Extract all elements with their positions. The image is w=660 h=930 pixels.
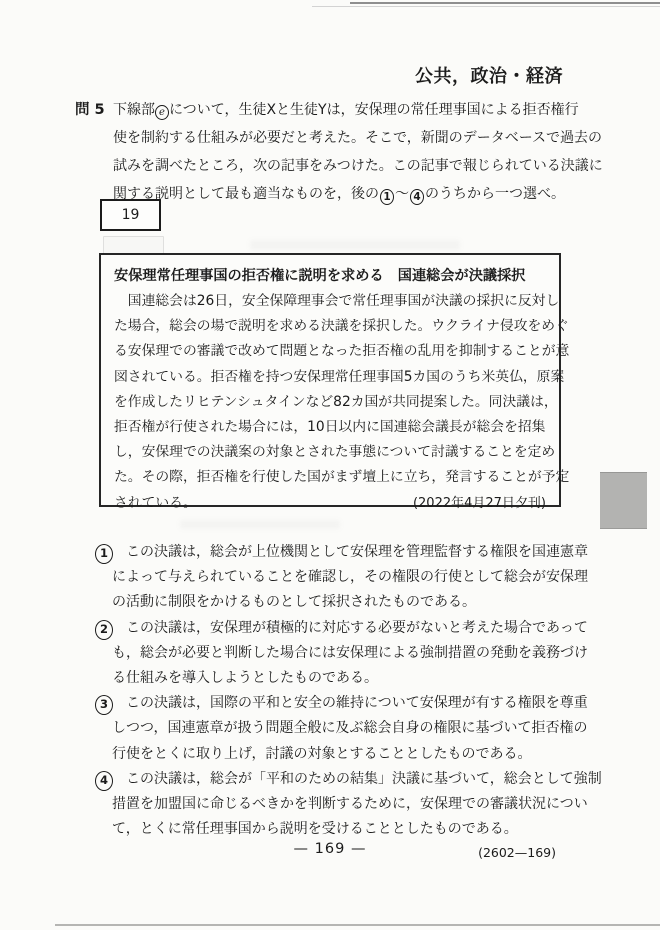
option-2: 2 この決議は，安保理が積極的に対応する必要がないと考えた場合であって も，総会… [97,616,637,692]
option-3-circled-number: 3 [95,695,113,715]
footer-page-number: — 169 — [0,841,660,857]
option-4-line: て，とくに常任理事国から説明を受けることとしたものである。 [112,817,637,842]
circled-number-1-icon: 1 [380,189,394,205]
option-4-line: この決議は，総会が「平和のための結集」決議に基づいて，総会として強制 [112,767,637,792]
option-1-circled-number: 1 [95,544,113,564]
option-1-line: この決議は，総会が上位機関として安保理を管理監督する権限を国連憲章 [112,540,637,565]
scan-edge-line-top [350,2,660,4]
answer-options: 1 この決議は，総会が上位機関として安保理を管理監督する権限を国連憲章 によって… [97,540,637,842]
subject-header: 公共，政治・経済 [415,62,563,88]
scan-edge-line-top-faint [312,6,660,7]
article-line: た場合，総会の場で説明を求める決議を採択した。ウクライナ侵攻をめぐ [114,314,546,339]
answer-number-box: 19 [100,199,161,231]
article-line: を作成したリヒテンシュタインなど82カ国が共同提案した。同決議は， [114,390,546,415]
option-1-line: によって与えられていることを確認し，その権限の行使として総会が安保理 [112,565,637,590]
question-line-1: 下線部eについて，生徒Xと生徒Yは，安保理の常任理事国による拒否権行 [113,96,615,124]
article-headline: 安保理常任理事国の拒否権に説明を求める 国連総会が決議採択 [114,264,546,289]
option-3-line: この決議は，国際の平和と安全の維持について安保理が有する権限を尊重 [112,691,637,716]
showthrough-smudge [180,520,340,529]
option-1-line: の活動に制限をかけるものとして採択されたものである。 [112,590,637,615]
newspaper-article-box: 安保理常任理事国の拒否権に説明を求める 国連総会が決議採択 国連総会は26日，安… [99,253,561,507]
answer-number: 19 [122,207,140,223]
article-line: た。その際，拒否権を行使した国がまず壇上に立ち，発言することが予定 [114,465,546,490]
question-line-2: 使を制約する仕組みが必要だと考えた。そこで，新聞のデータベースで過去の [113,124,615,152]
option-4-line: 措置を加盟国に命じるべきかを判断するために，安保理での審議状況につい [112,792,637,817]
article-line: る安保理での審議で改めて問題となった拒否権の乱用を抑制することが意 [114,339,546,364]
article-line: し，安保理での決議案の対象とされた事態について討議することを定め [114,440,546,465]
option-2-circled-number: 2 [95,620,113,640]
showthrough-smudge [250,240,460,250]
question-text: 下線部eについて，生徒Xと生徒Yは，安保理の常任理事国による拒否権行 使を制約す… [113,96,615,208]
circled-e-marker: e [155,105,169,120]
option-4: 4 この決議は，総会が「平和のための結集」決議に基づいて，総会として強制 措置を… [97,767,637,843]
option-3-line: 行使をとくに取り上げ，討議の対象とすることとしたものである。 [112,742,637,767]
article-line: 拒否権が行使された場合には，10日以内に国連総会議長が総会を招集 [114,415,546,440]
question-line-3: 試みを調べたところ，次の記事をみつけた。この記事で報じられている決議に [113,152,615,180]
option-4-circled-number: 4 [95,771,113,791]
circled-number-4-icon: 4 [410,189,424,205]
option-2-line: る仕組みを導入しようとしたものである。 [112,666,637,691]
question-number-label: 問 5 [75,96,113,208]
option-1: 1 この決議は，総会が上位機関として安保理を管理監督する権限を国連憲章 によって… [97,540,637,616]
option-3-line: しつつ，国連憲章が扱う問題全般に及ぶ総会自身の権限に基づいて拒否権の [112,716,637,741]
option-3: 3 この決議は，国際の平和と安全の維持について安保理が有する権限を尊重 しつつ，… [97,691,637,767]
article-line: 図されている。拒否権を持つ安保理常任理事国5カ国のうち米英仏，原案 [114,365,546,390]
question-5: 問 5 下線部eについて，生徒Xと生徒Yは，安保理の常任理事国による拒否権行 使… [75,96,615,208]
question-line-4: 関する説明として最も適当なものを，後の1～4のうちから一つ選べ。 [113,180,615,208]
footer-form-code: (2602—169) [478,845,556,860]
page-edge-index-tab [600,472,647,529]
article-closing-text: されている。 [114,491,197,516]
article-date: (2022年4月27日夕刊) [413,491,546,516]
scan-edge-line-bottom [55,924,660,926]
exam-page: { "page": { "subject_header": "公共，政治・経済"… [0,0,660,930]
article-line: 国連総会は26日，安全保障理事会で常任理事国が決議の採択に反対し [114,289,546,314]
option-2-line: も，総会が必要と判断した場合には安保理による強制措置の発動を義務づけ [112,641,637,666]
option-2-line: この決議は，安保理が積極的に対応する必要がないと考えた場合であって [112,616,637,641]
article-last-line: されている。 (2022年4月27日夕刊) [114,491,546,516]
